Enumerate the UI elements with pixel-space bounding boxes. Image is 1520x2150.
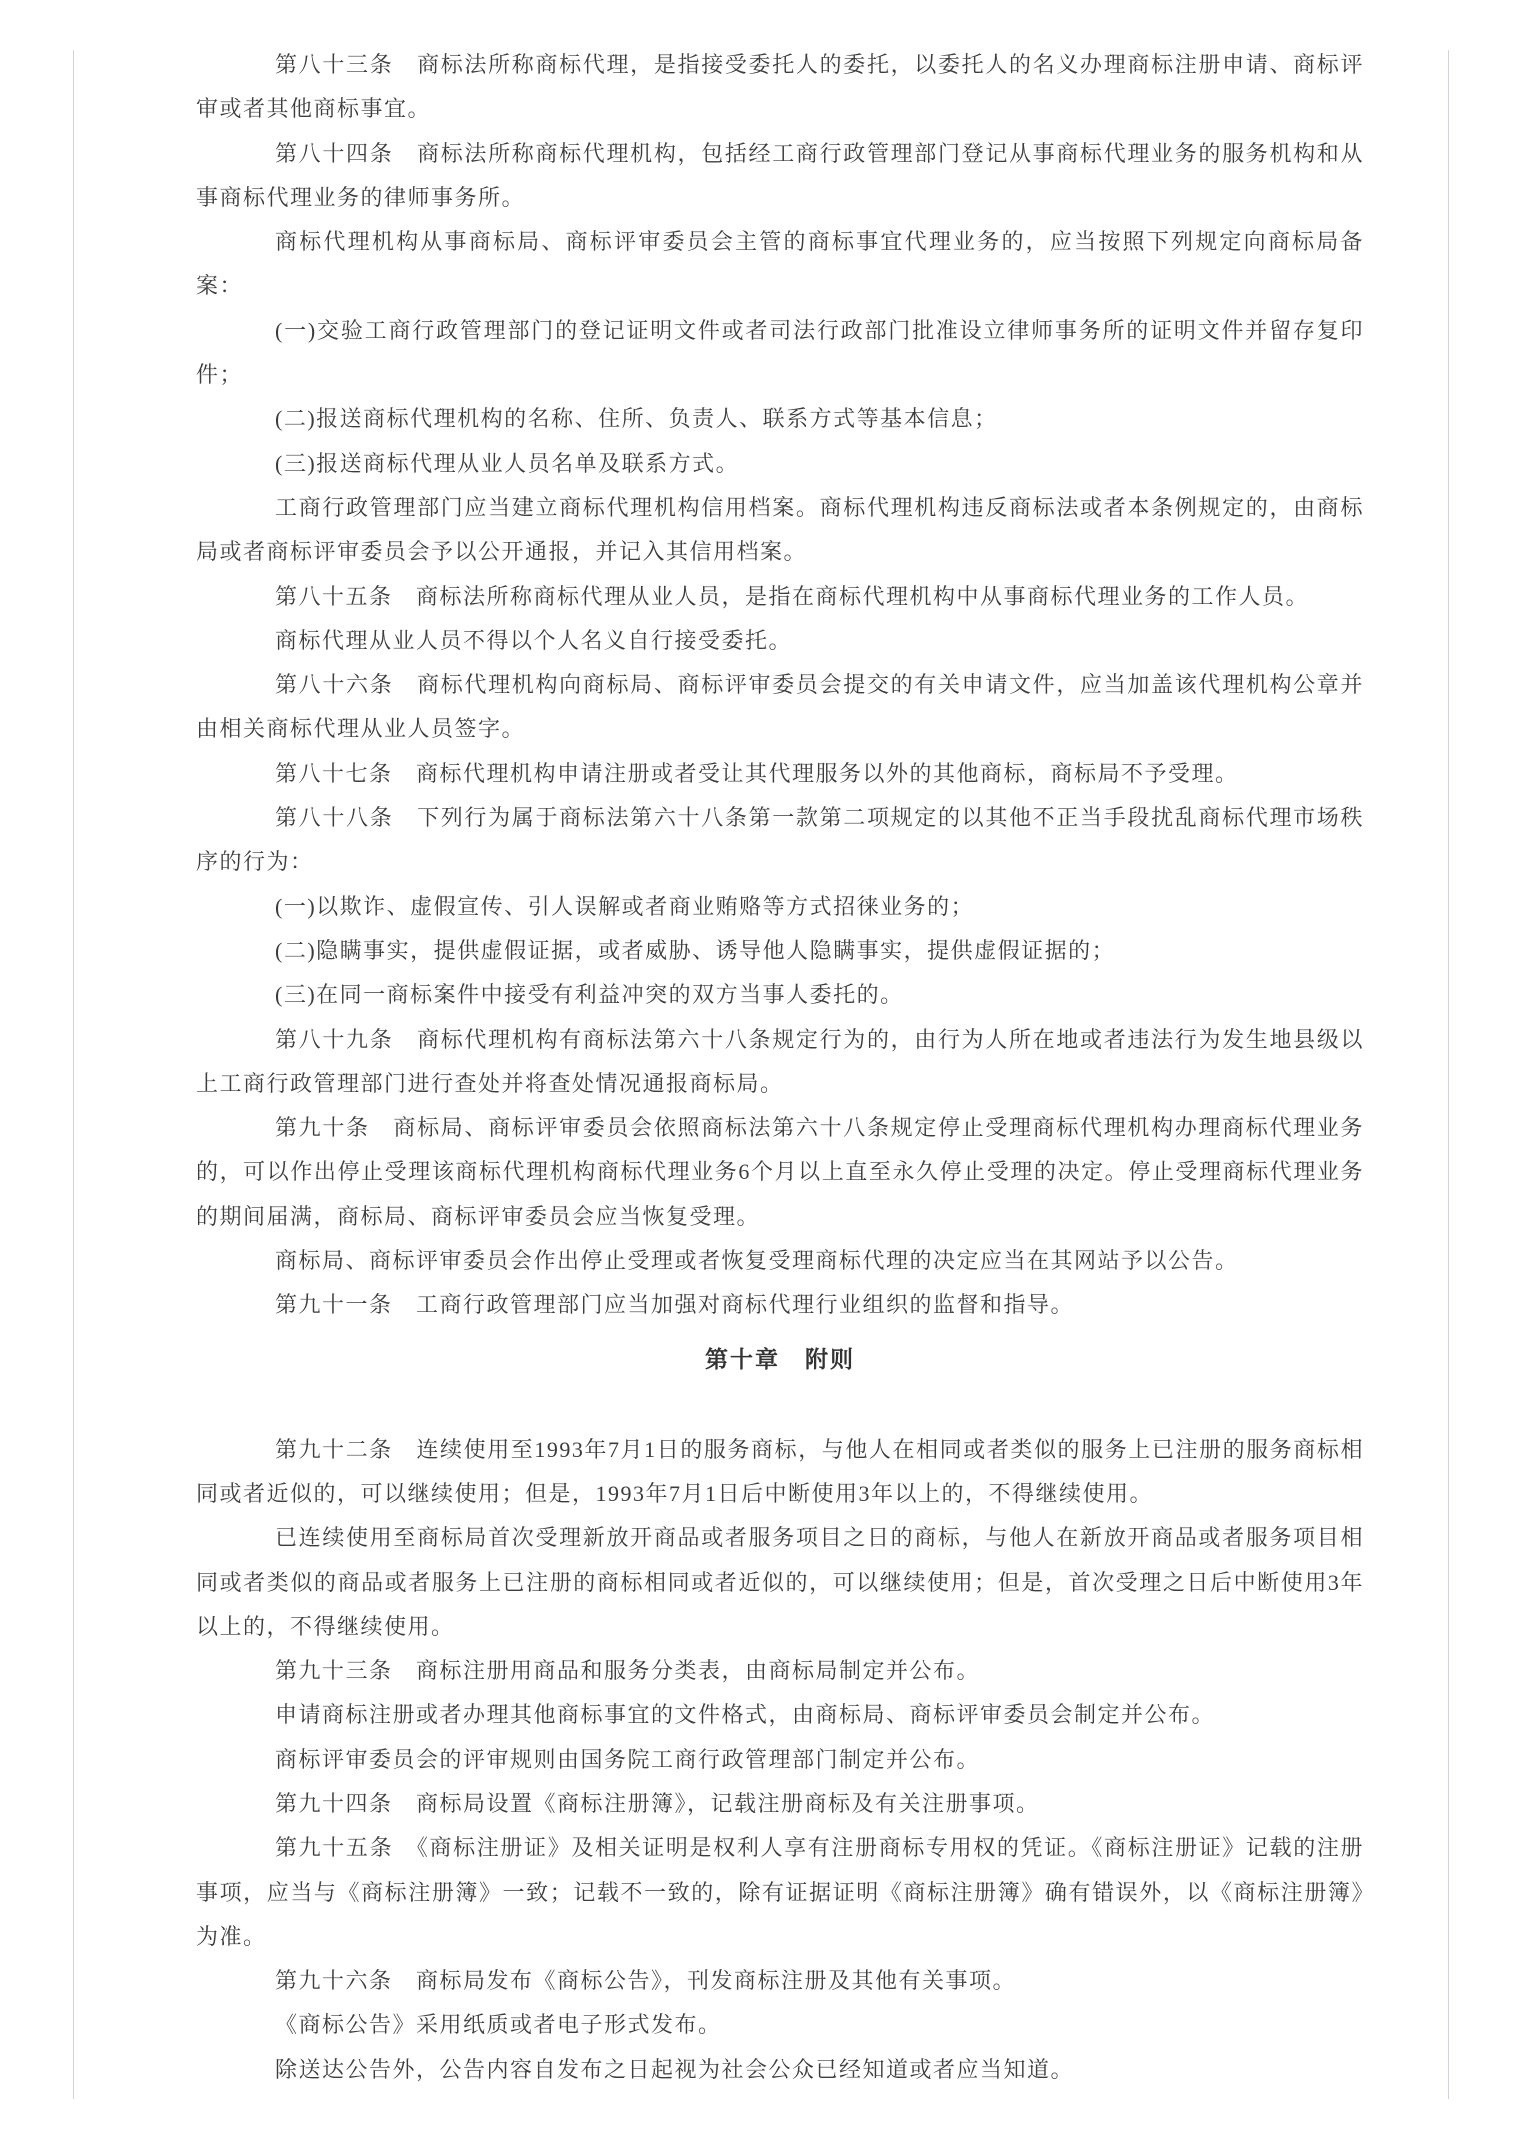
paragraph: 已连续使用至商标局首次受理新放开商品或者服务项目之日的商标，与他人在新放开商品或… <box>196 1516 1364 1649</box>
paragraph: (二)隐瞒事实，提供虚假证据，或者威胁、诱导他人隐瞒事实，提供虚假证据的； <box>196 929 1364 973</box>
paragraph: 第八十五条 商标法所称商标代理从业人员，是指在商标代理机构中从事商标代理业务的工… <box>196 575 1364 619</box>
paragraph: 申请商标注册或者办理其他商标事宜的文件格式，由商标局、商标评审委员会制定并公布。 <box>196 1693 1364 1737</box>
paragraph: 《商标公告》采用纸质或者电子形式发布。 <box>196 2003 1364 2047</box>
paragraph: 第九十一条 工商行政管理部门应当加强对商标代理行业组织的监督和指导。 <box>196 1283 1364 1327</box>
page-border-right <box>1448 50 1449 2099</box>
paragraph: 第八十三条 商标法所称商标代理，是指接受委托人的委托，以委托人的名义办理商标注册… <box>196 43 1364 132</box>
paragraph: 商标代理机构从事商标局、商标评审委员会主管的商标事宜代理业务的，应当按照下列规定… <box>196 220 1364 309</box>
paragraph: 第九十二条 连续使用至1993年7月1日的服务商标，与他人在相同或者类似的服务上… <box>196 1428 1364 1517</box>
paragraph: 第八十四条 商标法所称商标代理机构，包括经工商行政管理部门登记从事商标代理业务的… <box>196 132 1364 221</box>
paragraph: 商标局、商标评审委员会作出停止受理或者恢复受理商标代理的决定应当在其网站予以公告… <box>196 1239 1364 1283</box>
paragraph: 工商行政管理部门应当建立商标代理机构信用档案。商标代理机构违反商标法或者本条例规… <box>196 486 1364 575</box>
paragraph: 第八十八条 下列行为属于商标法第六十八条第一款第二项规定的以其他不正当手段扰乱商… <box>196 796 1364 885</box>
paragraph: 商标评审委员会的评审规则由国务院工商行政管理部门制定并公布。 <box>196 1738 1364 1782</box>
paragraph: 第九十三条 商标注册用商品和服务分类表，由商标局制定并公布。 <box>196 1649 1364 1693</box>
paragraph: 第八十六条 商标代理机构向商标局、商标评审委员会提交的有关申请文件，应当加盖该代… <box>196 663 1364 752</box>
paragraph: 第九十五条 《商标注册证》及相关证明是权利人享有注册商标专用权的凭证。《商标注册… <box>196 1826 1364 1959</box>
chapter-heading: 第十章 附则 <box>196 1338 1364 1382</box>
paragraph: 商标代理从业人员不得以个人名义自行接受委托。 <box>196 619 1364 663</box>
paragraph: (三)报送商标代理从业人员名单及联系方式。 <box>196 442 1364 486</box>
paragraph-container: 第八十三条 商标法所称商标代理，是指接受委托人的委托，以委托人的名义办理商标注册… <box>196 43 1364 2092</box>
document-body: 第八十三条 商标法所称商标代理，是指接受委托人的委托，以委托人的名义办理商标注册… <box>196 43 1364 2092</box>
paragraph: (二)报送商标代理机构的名称、住所、负责人、联系方式等基本信息； <box>196 397 1364 441</box>
paragraph: (一)以欺诈、虚假宣传、引人误解或者商业贿赂等方式招徕业务的； <box>196 885 1364 929</box>
paragraph: 除送达公告外，公告内容自发布之日起视为社会公众已经知道或者应当知道。 <box>196 2048 1364 2092</box>
page-border-left <box>73 50 74 2099</box>
paragraph: (三)在同一商标案件中接受有利益冲突的双方当事人委托的。 <box>196 973 1364 1017</box>
paragraph: 第八十九条 商标代理机构有商标法第六十八条规定行为的，由行为人所在地或者违法行为… <box>196 1018 1364 1107</box>
paragraph: 第八十七条 商标代理机构申请注册或者受让其代理服务以外的其他商标，商标局不予受理… <box>196 752 1364 796</box>
paragraph: 第九十六条 商标局发布《商标公告》，刊发商标注册及其他有关事项。 <box>196 1959 1364 2003</box>
paragraph: (一)交验工商行政管理部门的登记证明文件或者司法行政部门批准设立律师事务所的证明… <box>196 309 1364 398</box>
paragraph: 第九十条 商标局、商标评审委员会依照商标法第六十八条规定停止受理商标代理机构办理… <box>196 1106 1364 1239</box>
paragraph: 第九十四条 商标局设置《商标注册簿》，记载注册商标及有关注册事项。 <box>196 1782 1364 1826</box>
